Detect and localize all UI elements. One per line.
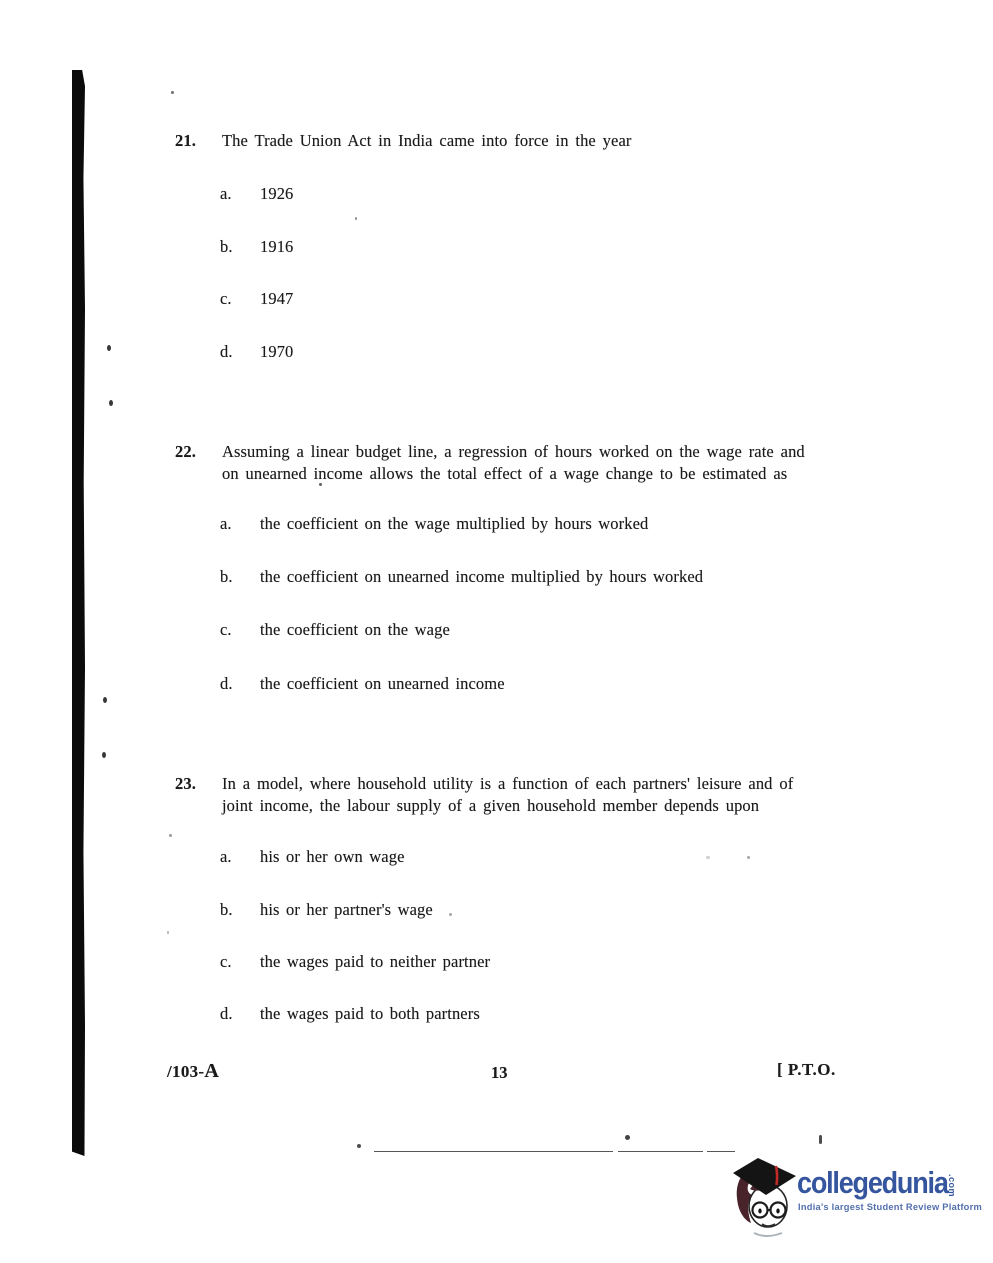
question-number: 22. xyxy=(175,441,222,484)
option-letter: c. xyxy=(220,620,260,640)
option-text: his or her own wage xyxy=(260,847,405,867)
collegedunia-tld-text: .com xyxy=(947,1174,957,1197)
scan-artifact-dot xyxy=(319,483,322,486)
option-letter: a. xyxy=(220,847,260,867)
collegedunia-brand-text: collegedunia xyxy=(797,1166,948,1201)
option-text: the wages paid to neither partner xyxy=(260,952,490,972)
option-text: the coefficient on unearned income xyxy=(260,674,505,694)
option-text: the coefficient on the wage multiplied b… xyxy=(260,514,648,534)
option-text: the coefficient on unearned income multi… xyxy=(260,567,703,587)
scan-artifact-dot xyxy=(109,400,113,406)
mascot-eye xyxy=(758,1209,761,1214)
collegedunia-mascot-icon xyxy=(731,1156,797,1240)
scan-rule-line xyxy=(374,1151,613,1152)
mascot-cap-tassel xyxy=(776,1166,777,1185)
question-23: 23. In a model, where household utility … xyxy=(175,773,793,816)
question-21-option-d: d. 1970 xyxy=(220,342,293,362)
question-23-option-c: c. the wages paid to neither partner xyxy=(220,952,490,972)
question-text-line: on unearned income allows the total effe… xyxy=(222,463,805,485)
paper-code-series: A xyxy=(204,1060,219,1082)
question-21-option-b: b. 1916 xyxy=(220,237,293,257)
mascot-collar xyxy=(754,1233,782,1236)
paper-code: /103-A xyxy=(167,1060,219,1083)
scan-artifact-dot xyxy=(169,834,172,837)
option-text: his or her partner's wage xyxy=(260,900,433,920)
scan-artifact-dot xyxy=(706,856,710,859)
option-letter: d. xyxy=(220,1004,260,1024)
option-letter: a. xyxy=(220,514,260,534)
scan-artifact-dot xyxy=(102,752,106,758)
option-text: the wages paid to both partners xyxy=(260,1004,480,1024)
question-22-option-c: c. the coefficient on the wage xyxy=(220,620,450,640)
question-23-option-d: d. the wages paid to both partners xyxy=(220,1004,480,1024)
question-number: 23. xyxy=(175,773,222,816)
question-22-option-d: d. the coefficient on unearned income xyxy=(220,674,505,694)
option-letter: c. xyxy=(220,289,260,309)
question-22-option-b: b. the coefficient on unearned income mu… xyxy=(220,567,703,587)
question-text-line: Assuming a linear budget line, a regress… xyxy=(222,441,805,463)
question-text-line: joint income, the labour supply of a giv… xyxy=(222,795,793,817)
question-text-line: In a model, where household utility is a… xyxy=(222,773,793,795)
option-letter: b. xyxy=(220,237,260,257)
question-23-option-b: b. his or her partner's wage xyxy=(220,900,433,920)
question-22-option-a: a. the coefficient on the wage multiplie… xyxy=(220,514,648,534)
scan-rule-line xyxy=(618,1151,703,1152)
option-letter: b. xyxy=(220,900,260,920)
collegedunia-tagline: India's largest Student Review Platform xyxy=(798,1202,982,1212)
option-text: the coefficient on the wage xyxy=(260,620,450,640)
mascot-eye xyxy=(776,1209,779,1214)
option-letter: a. xyxy=(220,184,260,204)
scan-binding-strip xyxy=(72,70,85,1156)
option-letter: d. xyxy=(220,674,260,694)
pto-note: [ P.T.O. xyxy=(777,1060,836,1080)
scan-artifact-dot xyxy=(747,856,750,859)
page-number: 13 xyxy=(491,1063,508,1083)
collegedunia-logo: collegedunia .com India's largest Studen… xyxy=(728,1152,993,1247)
option-text: 1916 xyxy=(260,237,293,257)
option-text: 1926 xyxy=(260,184,293,204)
question-text-line: The Trade Union Act in India came into f… xyxy=(222,130,631,152)
scan-artifact-dot xyxy=(819,1135,822,1144)
scan-artifact-dot xyxy=(167,931,169,934)
option-text: 1970 xyxy=(260,342,293,362)
option-letter: b. xyxy=(220,567,260,587)
question-21-option-a: a. 1926 xyxy=(220,184,293,204)
option-text: 1947 xyxy=(260,289,293,309)
scan-artifact-dot xyxy=(171,91,174,94)
exam-page: 21. The Trade Union Act in India came in… xyxy=(0,0,993,1263)
scan-artifact-dot xyxy=(449,913,452,916)
option-letter: d. xyxy=(220,342,260,362)
scan-artifact-dot xyxy=(103,697,107,703)
scan-artifact-dot xyxy=(355,217,357,220)
scan-artifact-dot xyxy=(625,1135,630,1140)
question-23-option-a: a. his or her own wage xyxy=(220,847,405,867)
question-21-option-c: c. 1947 xyxy=(220,289,293,309)
scan-artifact-dot xyxy=(357,1144,361,1148)
question-number: 21. xyxy=(175,130,222,152)
question-22: 22. Assuming a linear budget line, a reg… xyxy=(175,441,805,484)
scan-artifact-dot xyxy=(107,345,111,351)
paper-code-prefix: /103- xyxy=(167,1062,204,1081)
question-21: 21. The Trade Union Act in India came in… xyxy=(175,130,631,152)
option-letter: c. xyxy=(220,952,260,972)
